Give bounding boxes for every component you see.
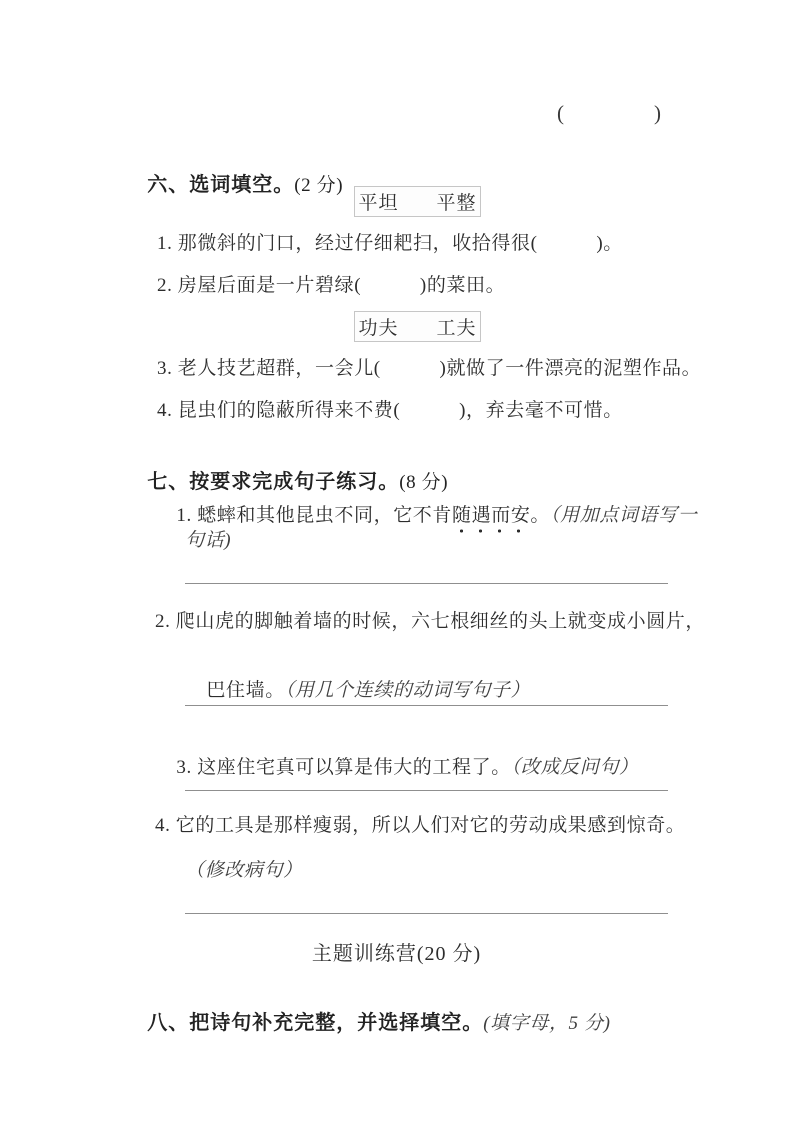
word-bank-word: 平整 [437,188,477,215]
question-hint: 句话) [185,528,231,554]
section-six-heading: 六、选词填空。(2 分) [121,146,343,225]
question-text: 巴住墙。 [206,680,284,701]
question-item: 1. 蟋蟀和其他昆虫不同，它不肯随遇而安。（用加点词语写一 [155,477,697,555]
answer-paren-close: ) [654,101,661,126]
answer-paren-open: ( [557,101,564,126]
section-eight-points: (填字母，5 分) [483,1013,610,1034]
worksheet-page: ( ) 六、选词填空。(2 分) 平坦 平整 1. 那微斜的门口，经过仔细耙扫，… [0,0,793,1122]
answer-line [185,583,668,584]
word-bank-box-2: 功夫 工夫 [354,311,481,342]
word-bank-word: 工夫 [437,313,477,340]
section-eight-heading: 八、把诗句补充完整，并选择填空。(填字母，5 分) [121,984,611,1063]
question-text: 3. 这座住宅真可以算是伟大的工程了。 [176,757,510,778]
question-hint: （改成反问句） [511,757,639,778]
question-item: 3. 这座住宅真可以算是伟大的工程了。（改成反问句） [155,729,639,807]
word-bank-word: 平坦 [358,188,398,215]
emphasized-words: 随遇而安 [452,505,530,534]
answer-line [185,705,668,706]
section-six-title: 六、选词填空。 [147,174,294,196]
question-item: 4. 昆虫们的隐蔽所得来不费( )，弃去毫不可惜。 [157,398,623,424]
word-bank-word: 功夫 [358,313,398,340]
answer-line [185,913,668,914]
question-item: 4. 它的工具是那样瘦弱，所以人们对它的劳动成果感到惊奇。 [155,813,685,839]
section-eight-title: 八、把诗句补充完整，并选择填空。 [147,1012,483,1034]
question-hint: （修改病句） [185,858,303,884]
word-bank-box-1: 平坦 平整 [354,186,481,217]
question-hint: （用几个连续的动词写句子） [285,680,530,701]
answer-parens: ( ) [557,101,661,126]
question-item: 3. 老人技艺超群，一会儿( )就做了一件漂亮的泥塑作品。 [157,356,701,382]
question-item: 1. 那微斜的门口，经过仔细耙扫，收拾得很( )。 [157,231,623,257]
section-six-points: (2 分) [294,175,343,196]
question-text: 1. 蟋蟀和其他昆虫不同，它不肯 [176,505,452,526]
answer-line [185,790,668,791]
question-text: 。 [530,505,550,526]
question-item: 巴住墙。（用几个连续的动词写句子） [185,652,530,730]
question-item: 2. 房屋后面是一片碧绿( )的菜田。 [157,273,505,299]
theme-banner: 主题训练营(20 分) [0,937,793,966]
question-item: 2. 爬山虎的脚触着墙的时候，六七根细丝的头上就变成小圆片， [155,609,705,635]
question-hint: （用加点词语写一 [550,505,697,526]
